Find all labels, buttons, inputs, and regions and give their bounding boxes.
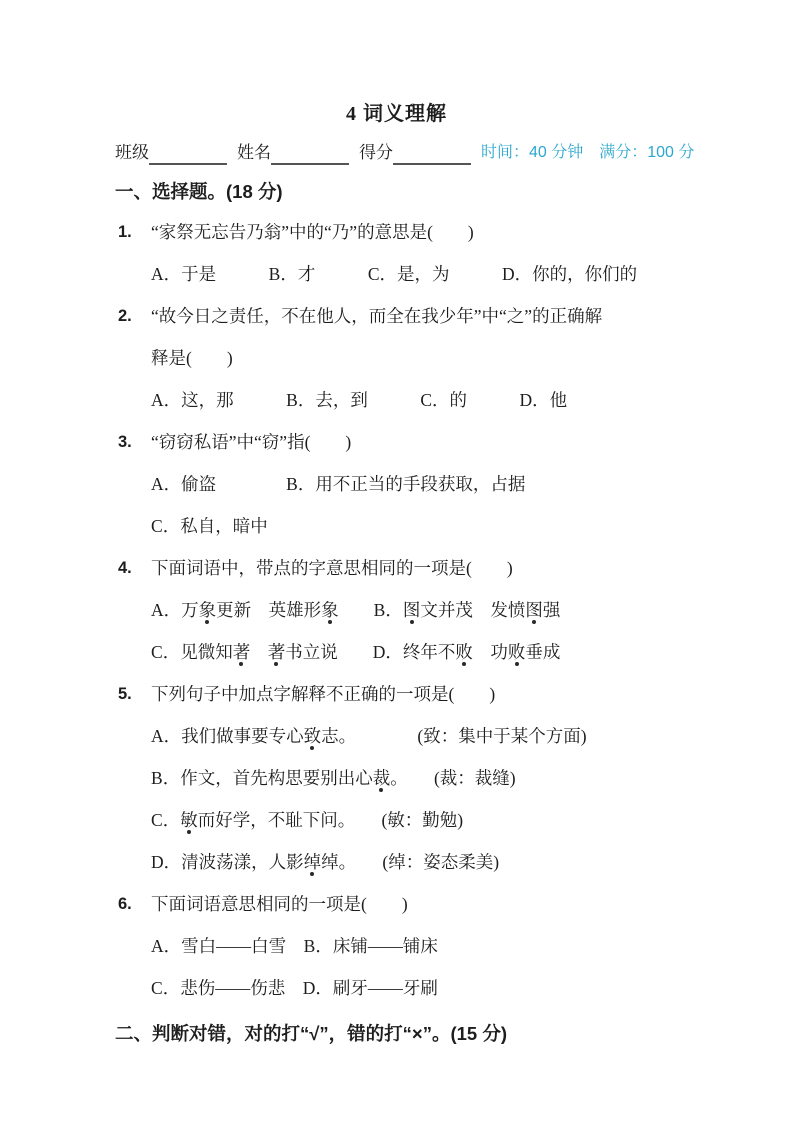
header-meta: 时间：40 分钟 满分：100 分 bbox=[481, 140, 694, 165]
question-2: 2. “故今日之责任，不在他人，而全在我少年”中“之”的正确解 释是( ) A．… bbox=[118, 295, 687, 421]
question-5-option-b: B．作文，首先构思要别出心裁。 (裁：裁缝) bbox=[151, 757, 687, 799]
question-list: 1. “家祭无忘告乃翁”中的“乃”的意思是( ) A．于是 B．才 C．是，为 … bbox=[118, 211, 687, 1009]
question-4-number: 4. bbox=[118, 547, 151, 589]
question-2-options: A．这，那 B．去，到 C．的 D．他 bbox=[151, 379, 687, 421]
section-one-heading: 一、选择题。(18 分) bbox=[115, 175, 693, 209]
question-3: 3. “窃窃私语”中“窃”指( ) A．偷盗 B．用不正当的手段获取，占据 C．… bbox=[118, 421, 687, 547]
class-field-label: 班级 bbox=[115, 140, 149, 165]
test-paper-page: 4 词义理解 班级 姓名 得分 时间：40 分钟 满分：100 分 一、选择题。… bbox=[0, 0, 793, 1122]
question-5-option-d: D．清波荡漾，人影绰绰。 (绰：姿态柔美) bbox=[151, 841, 687, 883]
question-6-options-row-1: A．雪白——白雪 B．床铺——铺床 bbox=[151, 925, 687, 967]
question-1: 1. “家祭无忘告乃翁”中的“乃”的意思是( ) A．于是 B．才 C．是，为 … bbox=[118, 211, 687, 295]
question-4-text: 下面词语中，带点的字意思相同的一项是( ) bbox=[151, 547, 687, 589]
question-6-number: 6. bbox=[118, 883, 151, 925]
question-2-text: “故今日之责任，不在他人，而全在我少年”中“之”的正确解 释是( ) bbox=[151, 295, 687, 379]
question-6: 6. 下面词语意思相同的一项是( ) A．雪白——白雪 B．床铺——铺床 C．悲… bbox=[118, 883, 687, 1009]
question-4-options-row-1: A．万象更新 英雄形象 B．图文并茂 发愤图强 bbox=[151, 589, 687, 631]
section-two-heading: 二、判断对错，对的打“√”，错的打“×”。(15 分) bbox=[115, 1013, 693, 1055]
question-5-option-c: C．敏而好学，不耻下问。 (敏：勤勉) bbox=[151, 799, 687, 841]
question-2-number: 2. bbox=[118, 295, 151, 337]
question-5-number: 5. bbox=[118, 673, 151, 715]
score-field-label: 得分 bbox=[359, 140, 393, 165]
question-3-number: 3. bbox=[118, 421, 151, 463]
question-3-text: “窃窃私语”中“窃”指( ) bbox=[151, 421, 687, 463]
question-1-text: “家祭无忘告乃翁”中的“乃”的意思是( ) bbox=[151, 211, 687, 253]
question-6-options-row-2: C．悲伤——伤悲 D．刷牙——牙刷 bbox=[151, 967, 687, 1009]
name-field-blank-line bbox=[271, 145, 349, 165]
question-6-text: 下面词语意思相同的一项是( ) bbox=[151, 883, 687, 925]
name-field-label: 姓名 bbox=[237, 140, 271, 165]
question-5-option-a: A．我们做事要专心致志。 (致：集中于某个方面) bbox=[151, 715, 687, 757]
page-title: 4 词义理解 bbox=[0, 0, 793, 126]
score-field: 得分 bbox=[359, 140, 471, 165]
student-info-header: 班级 姓名 得分 时间：40 分钟 满分：100 分 bbox=[115, 140, 681, 165]
class-field-blank-line bbox=[149, 145, 227, 165]
score-field-blank-line bbox=[393, 145, 471, 165]
question-5: 5. 下列句子中加点字解释不正确的一项是( ) A．我们做事要专心致志。 (致：… bbox=[118, 673, 687, 883]
question-3-options-row-2: C．私自，暗中 bbox=[151, 505, 687, 547]
question-1-number: 1. bbox=[118, 211, 151, 253]
question-5-text: 下列句子中加点字解释不正确的一项是( ) bbox=[151, 673, 687, 715]
class-field: 班级 bbox=[115, 140, 227, 165]
question-1-options: A．于是 B．才 C．是，为 D．你的，你们的 bbox=[151, 253, 687, 295]
name-field: 姓名 bbox=[237, 140, 349, 165]
question-4-options-row-2: C．见微知著 著书立说 D．终年不败 功败垂成 bbox=[151, 631, 687, 673]
question-4: 4. 下面词语中，带点的字意思相同的一项是( ) A．万象更新 英雄形象 B．图… bbox=[118, 547, 687, 673]
question-3-options-row-1: A．偷盗 B．用不正当的手段获取，占据 bbox=[151, 463, 687, 505]
